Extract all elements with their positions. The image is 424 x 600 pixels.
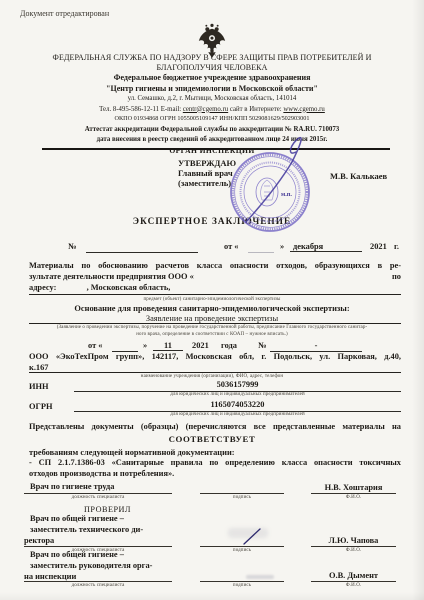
basis-fineprint-line2: ного врача, определение в соответствии с… xyxy=(0,332,424,337)
day-blank-field[interactable] xyxy=(248,242,274,253)
sig1-sign-caption: подпись xyxy=(200,495,284,500)
sig2-name: Л.Ю. Чапова xyxy=(329,535,379,546)
subject-line2: зультате деятельности предприятия ООО « … xyxy=(29,271,401,282)
sig1-fio-caption: Ф.И.О. xyxy=(311,495,396,500)
agency-name-line2: БЛАГОПОЛУЧИЯ ЧЕЛОВЕКА xyxy=(0,63,424,73)
org-name: "Центр гигиены и эпидемиологии в Московс… xyxy=(0,84,424,94)
org-address: ул. Семашко, д.2, г. Мытищи, Московская … xyxy=(0,94,424,104)
app-from-label: от « xyxy=(88,341,102,350)
subject-line3-mid: , Московская область, xyxy=(87,283,171,292)
subject-underline xyxy=(29,294,401,295)
phone-email-label: Тел. 8-495-586-12-11 E-mail: xyxy=(99,106,181,113)
scanned-document-page: Документ отредактирован ФЕДЕРАЛЬНАЯ СЛУЖ… xyxy=(0,0,424,600)
number-sign: № xyxy=(68,242,76,251)
approver-signature xyxy=(236,126,320,226)
website-label: сайт в Интернете: xyxy=(230,106,282,113)
applicant-block: ООО «ЭкоТехПром групп», 142117, Московск… xyxy=(29,351,401,373)
sig3-position-line2: заместитель руководителя орга- xyxy=(24,560,172,571)
subject-line3: адресу: , Московская область, xyxy=(29,282,401,293)
subject-line2-start: зультате деятельности предприятия ООО « xyxy=(29,271,194,282)
subject-caption: предмет (объект) санитарно-эпидемиологич… xyxy=(0,297,424,302)
verdict: СООТВЕТСТВУЕТ xyxy=(0,434,424,444)
inn-label: ИНН xyxy=(29,382,49,391)
applicant-underline xyxy=(29,372,401,373)
year-value: 2021 xyxy=(370,242,387,251)
normative-line1: - СП 2.1.7.1386-03 «Санитарные правила п… xyxy=(29,457,401,468)
applicant-caption: наименование учреждения (организации), Ф… xyxy=(0,374,424,379)
sig1-name-cell: Н.В. Хоштария xyxy=(311,481,396,494)
inn-caption: для юридических лиц и индивидуальных пре… xyxy=(74,392,401,397)
app-month-value: 11 xyxy=(153,341,183,351)
sig2-signature-stroke xyxy=(240,526,266,546)
website-link[interactable]: www.cgemo.ru xyxy=(283,106,324,113)
accreditation-line1: Аттестат аккредитации Федеральной службы… xyxy=(0,125,424,135)
ogrn-label: ОГРН xyxy=(29,402,52,411)
app-year-value: 2021 xyxy=(192,341,209,350)
basis-heading: Основание для проведения санитарно-эпиде… xyxy=(0,304,424,313)
normative-doc: - СП 2.1.7.1386-03 «Санитарные правила п… xyxy=(29,457,401,479)
expertise-subject: Материалы по обоснованию расчетов класса… xyxy=(29,260,401,293)
org-type: Федеральное бюджетное учреждение здравоо… xyxy=(0,73,424,83)
sig3-name-cell: О.В. Дымент xyxy=(311,549,396,582)
app-number-sign: № xyxy=(258,341,266,350)
subject-line1: Материалы по обоснованию расчетов класса… xyxy=(29,260,401,271)
sig3-position-caption: должность специалиста xyxy=(24,583,172,588)
sig3-fio-caption: Ф.И.О. xyxy=(311,583,396,588)
sig3-signature-smudge xyxy=(246,575,274,579)
sig1-name: Н.В. Хоштария xyxy=(325,482,383,493)
accreditation-line2: дата внесения в реестр сведений об аккре… xyxy=(0,135,424,145)
subject-line2-end: по xyxy=(392,271,401,282)
org-codes: ОКПО 01934868 ОГРН 1055005109147 ИНН/КПП… xyxy=(0,114,424,124)
basis-underline xyxy=(29,323,401,324)
inn-value: 5036157999 xyxy=(74,380,401,392)
document-title: ЭКСПЕРТНОЕ ЗАКЛЮЧЕНИЕ xyxy=(0,216,424,226)
ogrn-value: 1165074053220 xyxy=(74,400,401,412)
sig2-position-line3: ректора xyxy=(24,535,172,546)
sig3-name: О.В. Дымент xyxy=(329,570,378,581)
sig1-position: Врач по гигиене труда xyxy=(24,482,114,491)
sig3-position-line3: на инспекции xyxy=(24,571,172,582)
sig3-sign-caption: подпись xyxy=(200,583,284,588)
date-from-label: от « xyxy=(224,242,238,251)
app-year-word: года xyxy=(221,341,237,350)
sig3-position-cell: Врач по общей гигиене – заместитель руко… xyxy=(24,549,172,582)
normative-line2: отходов производства и потребления». xyxy=(29,468,401,479)
documents-line: Представлены документы (образцы) (перечи… xyxy=(29,421,401,432)
org-contacts: Тел. 8-495-586-12-11 E-mail: centr@cgemo… xyxy=(0,105,424,115)
approver-name: М.В. Калькаев xyxy=(330,171,387,181)
basis-fineprint-line1: (Заявление о проведении экспертизы, пору… xyxy=(0,325,424,330)
sig1-signature-field[interactable] xyxy=(200,481,284,494)
sig2-position-cell: Врач по общей гигиене – заместитель техн… xyxy=(24,513,172,547)
edited-note: Документ отредактирован xyxy=(20,9,109,18)
basis-value: Заявление на проведение экспертизы xyxy=(0,314,424,323)
header-divider xyxy=(42,148,390,150)
sig2-name-cell: Л.Ю. Чапова xyxy=(311,513,396,547)
sig1-position-caption: должность специалиста xyxy=(24,495,172,500)
ogrn-caption: для юридических лиц и индивидуальных пре… xyxy=(74,412,401,417)
year-suffix: г. xyxy=(394,242,399,251)
subject-line3-start: адресу: xyxy=(29,283,56,292)
quote-close: » xyxy=(280,242,284,251)
email-link[interactable]: centr@cgemo.ru xyxy=(183,106,228,113)
month-value: декабря xyxy=(290,242,362,252)
agency-name-line1: ФЕДЕРАЛЬНАЯ СЛУЖБА ПО НАДЗОРУ В СФЕРЕ ЗА… xyxy=(0,53,424,63)
sig1-position-cell: Врач по гигиене труда xyxy=(24,481,172,494)
sig3-position-line1: Врач по общей гигиене – xyxy=(24,549,172,560)
sig2-position-line2: заместитель технического ди- xyxy=(24,524,172,535)
applicant-line1: ООО «ЭкоТехПром групп», 142117, Московск… xyxy=(29,351,401,362)
scan-shadow-bottom xyxy=(0,592,424,600)
sig2-position-line1: Врач по общей гигиене – xyxy=(24,513,172,524)
letterhead: ФЕДЕРАЛЬНАЯ СЛУЖБА ПО НАДЗОРУ В СФЕРЕ ЗА… xyxy=(0,53,424,155)
app-quote-close: » xyxy=(143,341,147,350)
number-blank-field[interactable] xyxy=(86,242,198,253)
